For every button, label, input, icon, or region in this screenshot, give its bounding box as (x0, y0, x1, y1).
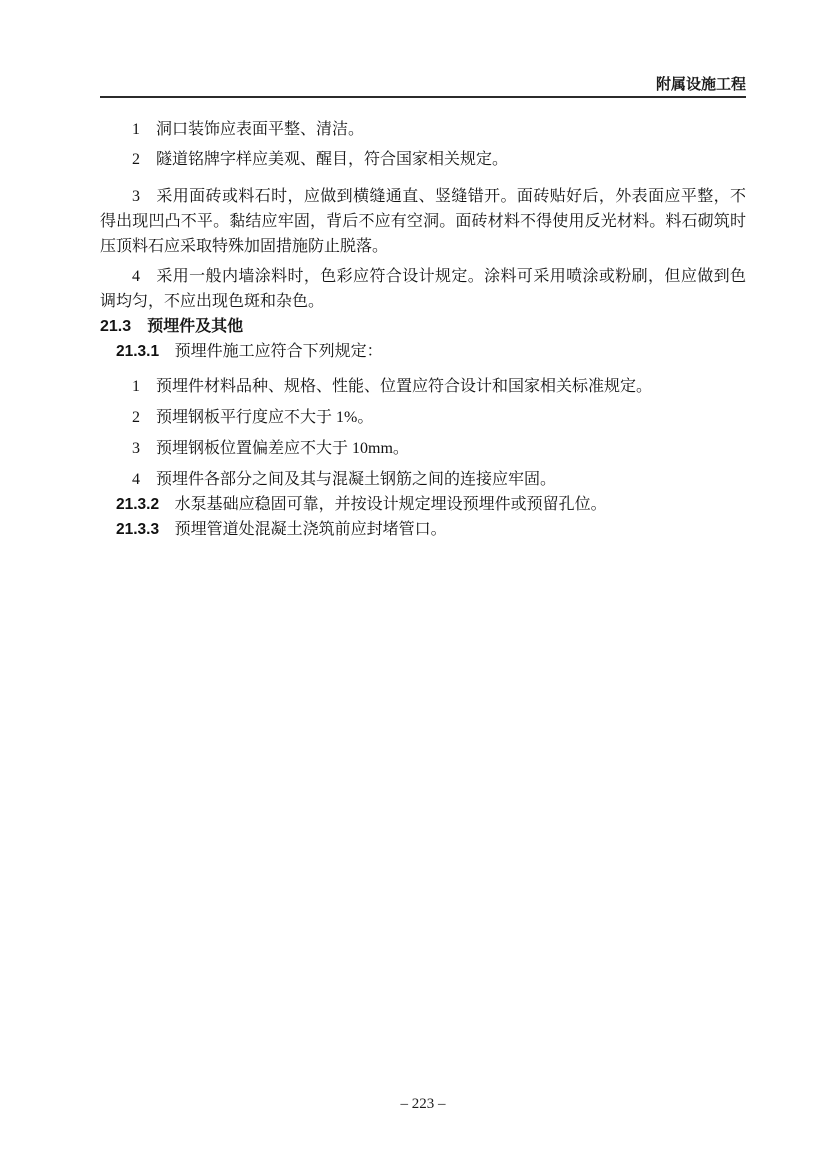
list-item-number: 3 (132, 440, 140, 457)
clause-text: 水泵基础应稳固可靠，并按设计规定埋设预埋件或预留孔位。 (175, 496, 607, 513)
list-item-text: 隧道铭牌字样应美观、醒目，符合国家相关规定。 (156, 151, 508, 168)
list-item-text: 采用一般内墙涂料时，色彩应符合设计规定。涂料可采用喷涂或粉刷，但应做到色调均匀，… (100, 268, 746, 310)
list-item: 3采用面砖或料石时，应做到横缝通直、竖缝错开。面砖贴好后，外表面应平整，不得出现… (100, 184, 746, 259)
list-item-number: 4 (132, 268, 140, 285)
list-item-number: 4 (132, 471, 140, 488)
clause-21-3-3: 21.3.3预埋管道处混凝土浇筑前应封堵管口。 (100, 517, 746, 542)
list-item-number: 1 (132, 378, 140, 395)
list-item-text: 预埋钢板平行度应不大于 1%。 (156, 409, 373, 426)
list-item-text: 洞口装饰应表面平整、清洁。 (156, 121, 364, 138)
list-item-number: 3 (132, 188, 140, 205)
clause-text: 预埋件施工应符合下列规定： (175, 343, 383, 360)
list-item: 2预埋钢板平行度应不大于 1%。 (100, 405, 746, 430)
list-item-number: 1 (132, 121, 140, 138)
list-item-text: 预埋件材料品种、规格、性能、位置应符合设计和国家相关标准规定。 (156, 378, 652, 395)
page-content: 1洞口装饰应表面平整、清洁。 2隧道铭牌字样应美观、醒目，符合国家相关规定。 3… (100, 97, 746, 542)
list-item: 4预埋件各部分之间及其与混凝土钢筋之间的连接应牢固。 (100, 467, 746, 492)
section-number: 21.3 (100, 318, 131, 335)
clause-number: 21.3.1 (116, 343, 159, 360)
list-item-text: 预埋件各部分之间及其与混凝土钢筋之间的连接应牢固。 (156, 471, 556, 488)
list-item: 1洞口装饰应表面平整、清洁。 (100, 117, 746, 142)
clause-number: 21.3.3 (116, 521, 159, 538)
clause-text: 预埋管道处混凝土浇筑前应封堵管口。 (175, 521, 447, 538)
clause-number: 21.3.2 (116, 496, 159, 513)
section-heading: 21.3预埋件及其他 (100, 314, 746, 339)
list-item: 1预埋件材料品种、规格、性能、位置应符合设计和国家相关标准规定。 (100, 374, 746, 399)
document-page: 附属设施工程 1洞口装饰应表面平整、清洁。 2隧道铭牌字样应美观、醒目，符合国家… (0, 0, 826, 1169)
list-item: 3预埋钢板位置偏差应不大于 10mm。 (100, 436, 746, 461)
list-item: 2隧道铭牌字样应美观、醒目，符合国家相关规定。 (100, 147, 746, 172)
running-header: 附属设施工程 (100, 76, 746, 94)
clause-21-3-1: 21.3.1预埋件施工应符合下列规定： (100, 339, 746, 364)
page-number: – 223 – (100, 1092, 746, 1117)
section-title: 预埋件及其他 (147, 318, 243, 335)
clause-21-3-2: 21.3.2水泵基础应稳固可靠，并按设计规定埋设预埋件或预留孔位。 (100, 492, 746, 517)
list-item-text: 采用面砖或料石时，应做到横缝通直、竖缝错开。面砖贴好后，外表面应平整，不得出现凹… (100, 188, 746, 255)
list-item-text: 预埋钢板位置偏差应不大于 10mm。 (156, 440, 409, 457)
list-item-number: 2 (132, 409, 140, 426)
list-item-number: 2 (132, 151, 140, 168)
list-item: 4采用一般内墙涂料时，色彩应符合设计规定。涂料可采用喷涂或粉刷，但应做到色调均匀… (100, 264, 746, 314)
